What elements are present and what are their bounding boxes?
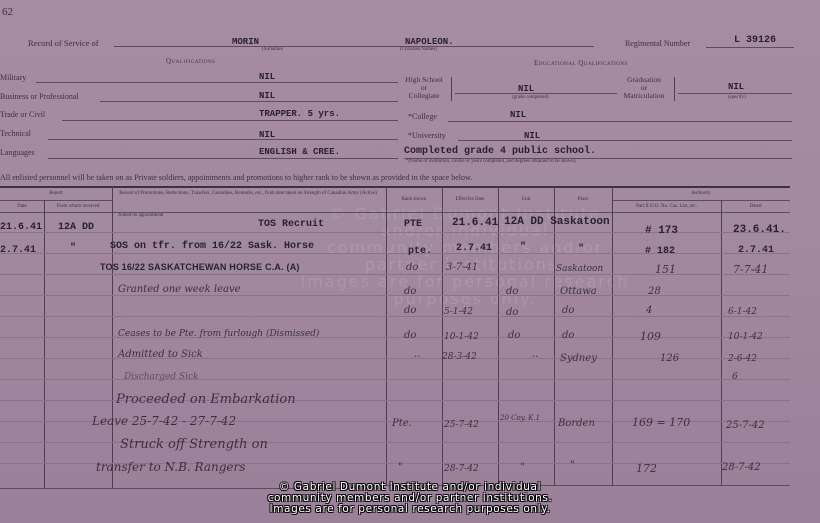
row1-date: 21.6.41 — [0, 222, 42, 233]
row-rule — [0, 442, 790, 443]
col-divider — [44, 200, 45, 488]
row2-auth: # 182 — [645, 246, 675, 257]
row5-rank: do — [404, 305, 416, 316]
header-authority: Authority — [612, 191, 790, 196]
high-school-line — [455, 93, 617, 94]
qual-value-business: NIL — [259, 91, 275, 101]
row7-unit: .. — [532, 349, 538, 360]
education-remarks: Completed grade 4 public school. — [404, 146, 596, 157]
page-mark: 62 — [2, 6, 13, 18]
row3-auth: 151 — [655, 263, 676, 276]
col-divider — [498, 186, 499, 486]
regimental-number-value: L 39126 — [734, 35, 776, 46]
row11-record: Struck off Strength on — [120, 437, 268, 452]
row6-dated: 10-1-42 — [728, 332, 763, 342]
copyright-watermark: © Gabriel Dumont Institute and/or indivi… — [0, 482, 820, 515]
regimental-number-label: Regimental Number — [625, 39, 690, 48]
col-divider — [386, 186, 387, 486]
header-report: Report — [0, 191, 112, 196]
row2-place: " — [578, 244, 584, 255]
row2-unit: " — [520, 242, 526, 253]
row7-auth: 126 — [660, 353, 679, 364]
qual-value-languages: ENGLISH & CREE. — [259, 147, 340, 157]
row3-record: TOS 16/22 SASKATCHEWAN HORSE C.A. (A) — [100, 262, 300, 272]
christian-names-value: NAPOLEON. — [405, 37, 454, 47]
row2-rank: pte. — [408, 246, 432, 257]
row7-rank: .. — [414, 349, 420, 360]
col-divider — [442, 186, 443, 486]
christian-names-caption: (Christian Names) — [400, 47, 437, 52]
row10-dated: 25-7-42 — [726, 420, 765, 431]
qual-label-technical: Technical — [0, 129, 31, 138]
university-value: NIL — [524, 131, 540, 141]
row3-place: Saskatoon — [556, 264, 603, 274]
high-school-caption: (grade completed) — [512, 95, 549, 100]
row2-date: 2.7.41 — [0, 245, 36, 256]
report-sub-line — [0, 200, 112, 201]
row4-unit: do — [506, 286, 518, 297]
qual-label-business: Business or Professional — [0, 92, 79, 101]
row12-unit: " — [520, 462, 525, 473]
row5-eff: 5-1-42 — [444, 307, 473, 317]
graduation-line — [678, 93, 792, 94]
college-value: NIL — [510, 110, 526, 120]
row3-rank: do — [406, 262, 418, 273]
enlisted-instruction: All enlisted personnel will be taken on … — [0, 173, 472, 182]
row7-record: Admitted to Sick — [118, 349, 203, 360]
row1-record: TOS Recruit — [258, 219, 324, 230]
graduation-caption: (specify) — [728, 95, 746, 100]
row8-record: Discharged Sick — [124, 372, 198, 382]
col-divider — [612, 186, 613, 486]
watermark-line-3: Images are for personal research purpose… — [0, 504, 820, 515]
qual-label-military: Military — [0, 73, 26, 82]
record-of-service-label: Record of Service of — [28, 38, 99, 48]
header-effective-date: Effective Date — [442, 197, 498, 202]
surname-caption: (Surname) — [262, 47, 283, 52]
qual-line — [62, 120, 398, 121]
college-label: *College — [408, 112, 437, 121]
qual-value-technical: NIL — [259, 130, 275, 140]
row12-rank: " — [398, 462, 403, 473]
high-school-value: NIL — [518, 84, 534, 94]
row1-dated: 23.6.41. — [733, 224, 786, 236]
educational-heading: Educational Qualifications — [534, 59, 628, 67]
row1-from: 12A DD — [58, 222, 94, 233]
header-part2: Part II D.O. No. Cas. List, etc. — [612, 204, 721, 209]
graduation-label: Graduation or Matriculation — [614, 76, 674, 100]
row6-unit: do — [508, 330, 520, 341]
high-school-label-line3: Collegiate — [398, 92, 450, 100]
row4-auth: 28 — [648, 286, 661, 297]
row8-dated: 6 — [732, 372, 738, 382]
row7-dated: 2-6-42 — [728, 354, 757, 364]
row4-rank: do — [404, 286, 416, 297]
qual-line — [36, 82, 398, 83]
row12-record: transfer to N.B. Rangers — [96, 460, 245, 474]
header-date: Date — [0, 204, 44, 209]
row1-auth: # 173 — [645, 225, 678, 237]
row3-dated: 7-7-41 — [733, 263, 768, 276]
row9-record: Proceeded on Embarkation — [116, 392, 296, 407]
university-line — [458, 140, 792, 141]
qual-label-trade: Trade or Civil — [0, 110, 45, 119]
remarks-caption: *(Name of institution, course or years c… — [406, 159, 576, 164]
row12-auth: 172 — [636, 462, 657, 475]
university-label: *University — [408, 131, 446, 140]
row5-unit: do — [506, 307, 518, 318]
row10-unit: 20 Coy. K.1 — [500, 414, 550, 422]
row-rule — [0, 295, 790, 296]
row-rule — [0, 379, 790, 380]
row5-place: do — [562, 305, 574, 316]
qual-line — [48, 139, 398, 140]
row5-dated: 6-1-42 — [728, 307, 757, 317]
bracket — [451, 77, 452, 101]
row6-record: Ceases to be Pte. from furlough (Dismiss… — [118, 329, 319, 339]
row2-dated: 2.7.41 — [738, 245, 774, 256]
row12-dated: 28-7-42 — [722, 462, 761, 473]
row10-auth: 169 = 170 — [632, 416, 690, 429]
row10-eff: 25-7-42 — [444, 420, 479, 430]
row10-place: Borden — [558, 418, 595, 429]
row6-auth: 109 — [640, 330, 661, 343]
header-from-whom: From whom received — [44, 204, 112, 209]
document-page: © Gabriel Dumont Institute and/or indivi… — [0, 0, 820, 523]
row1-eff: 21.6.41 — [452, 217, 498, 229]
row2-eff: 2.7.41 — [456, 243, 492, 254]
row7-place: Sydney — [560, 353, 597, 364]
row6-rank: do — [404, 330, 416, 341]
qual-label-languages: Languages — [0, 148, 35, 157]
header-unit: Unit — [498, 197, 554, 202]
qual-value-military: NIL — [259, 72, 275, 82]
authority-sub-line — [612, 200, 790, 201]
col-divider — [721, 200, 722, 486]
bracket — [674, 77, 675, 101]
row12-eff: 28-7-42 — [444, 464, 479, 474]
row1-unit: 12A DD Saskatoon — [504, 216, 610, 228]
row2-from: " — [70, 243, 76, 254]
college-line — [448, 121, 792, 122]
header-place: Place — [554, 197, 612, 202]
graduation-value: NIL — [728, 82, 744, 92]
row10-rank: Pte. — [392, 418, 412, 429]
row12-place: " — [570, 460, 575, 471]
row3-eff: 3-7-41 — [446, 262, 478, 273]
header-record: Record of Promotions, Reductions, Transf… — [118, 191, 378, 197]
row5-auth: 4 — [646, 305, 652, 316]
row10-record: Leave 25-7-42 - 27-7-42 — [92, 414, 236, 428]
header-dated: Dated — [721, 204, 790, 209]
row1-rank: PTE — [404, 219, 422, 230]
graduation-label-line3: Matriculation — [614, 92, 674, 100]
col-divider — [554, 186, 555, 486]
row-rule — [0, 316, 790, 317]
high-school-label: High School or Collegiate — [398, 76, 450, 100]
regimental-underline — [706, 47, 794, 48]
row4-place: Ottawa — [560, 286, 597, 297]
surname-value: MORIN — [232, 37, 259, 47]
qual-line — [100, 101, 398, 102]
qual-line — [48, 158, 398, 159]
title-underline — [114, 46, 594, 47]
row2-record: SOS on tfr. from 16/22 Sask. Horse — [110, 241, 314, 252]
row7-eff: 28-3-42 — [442, 352, 477, 362]
row4-record: Granted one week leave — [118, 284, 241, 295]
row6-place: do — [562, 330, 574, 341]
header-rank-shown: Rank shown — [386, 197, 442, 202]
header-joined: Joined on appointment — [118, 213, 164, 218]
table-top-border — [0, 186, 790, 188]
qual-value-trade: TRAPPER. 5 yrs. — [259, 109, 340, 119]
row6-eff: 10-1-42 — [444, 332, 479, 342]
qualifications-heading: Qualifications — [166, 57, 216, 65]
